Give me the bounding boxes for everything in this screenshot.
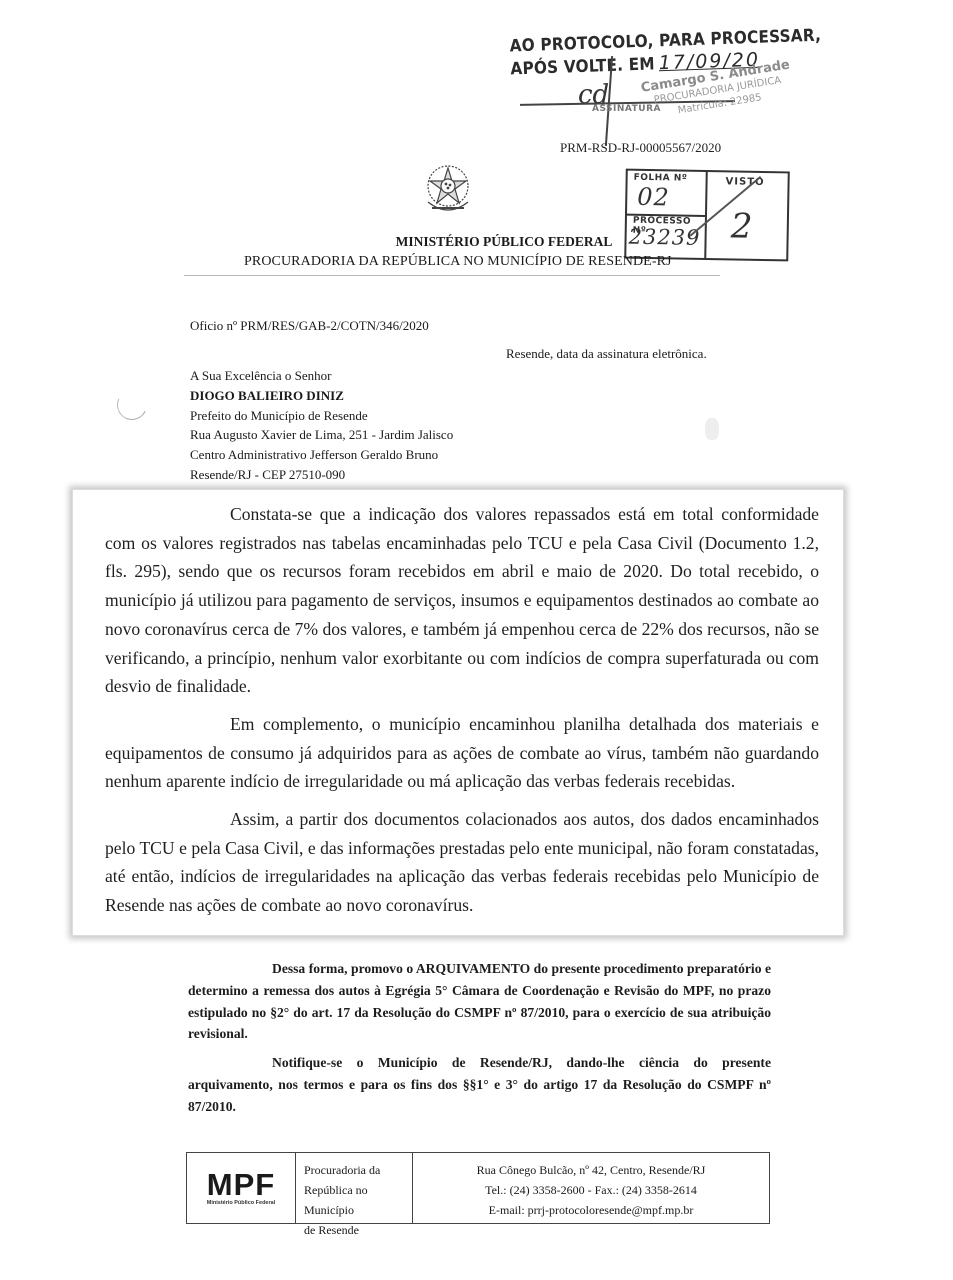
- folha-value: 02: [637, 183, 670, 212]
- recipient-address-2: Centro Administrativo Jefferson Geraldo …: [190, 445, 453, 465]
- footer-phones: Tel.: (24) 3358-2600 - Fax.: (24) 3358-2…: [413, 1180, 769, 1200]
- recipient-title: Prefeito do Município de Resende: [190, 406, 453, 426]
- coat-of-arms-icon: [420, 162, 476, 220]
- mpf-logo: MPF Ministério Público Federal: [187, 1153, 296, 1223]
- document-code: PRM-RSD-RJ-00005567/2020: [560, 140, 721, 156]
- institution-subtitle: PROCURADORIA DA REPÚBLICA NO MUNICÍPIO D…: [244, 254, 672, 270]
- recipient-salutation: A Sua Excelência o Senhor: [190, 366, 453, 386]
- footer-address: Rua Cônego Bulcão, nº 42, Centro, Resend…: [413, 1160, 769, 1180]
- oficio-number: Oficio nº PRM/RES/GAB-2/COTN/346/2020: [190, 318, 429, 334]
- recipient-address-1: Rua Augusto Xavier de Lima, 251 - Jardim…: [190, 425, 453, 445]
- mpf-logo-text: MPF: [207, 1170, 275, 1200]
- excerpt-paragraph: Assim, a partir dos documentos colaciona…: [105, 805, 819, 920]
- excerpt-paragraph: Constata-se que a indicação dos valores …: [105, 500, 819, 701]
- recipient-address-3: Resende/RJ - CEP 27510-090: [190, 465, 453, 485]
- footer-contact: Rua Cônego Bulcão, nº 42, Centro, Resend…: [413, 1153, 769, 1223]
- place-date: Resende, data da assinatura eletrônica.: [506, 346, 707, 362]
- decision-paragraph: Notifique-se o Município de Resende/RJ, …: [188, 1052, 771, 1117]
- excerpt-paragraph: Em complemento, o município encaminhou p…: [105, 710, 819, 796]
- mpf-logo-subtext: Ministério Público Federal: [207, 1200, 275, 1206]
- header-divider: [184, 275, 720, 276]
- folha-cell: FOLHA Nº 02: [627, 171, 706, 217]
- scan-smudge: [705, 418, 719, 440]
- highlighted-excerpt: Constata-se que a indicação dos valores …: [72, 489, 844, 936]
- decision-section: Dessa forma, promovo o ARQUIVAMENTO do p…: [188, 958, 771, 1118]
- recipient-block: A Sua Excelência o Senhor DIOGO BALIEIRO…: [190, 366, 453, 485]
- institution-title: MINISTÉRIO PÚBLICO FEDERAL: [0, 234, 953, 250]
- footer-organization: Procuradoria da República no Município d…: [296, 1153, 413, 1223]
- margin-mark: [113, 386, 151, 424]
- recipient-name: DIOGO BALIEIRO DINIZ: [190, 386, 453, 406]
- decision-paragraph: Dessa forma, promovo o ARQUIVAMENTO do p…: [188, 958, 771, 1045]
- footer-email: E-mail: prrj-protocoloresende@mpf.mp.br: [413, 1200, 769, 1220]
- letterhead-footer: MPF Ministério Público Federal Procurado…: [186, 1152, 770, 1224]
